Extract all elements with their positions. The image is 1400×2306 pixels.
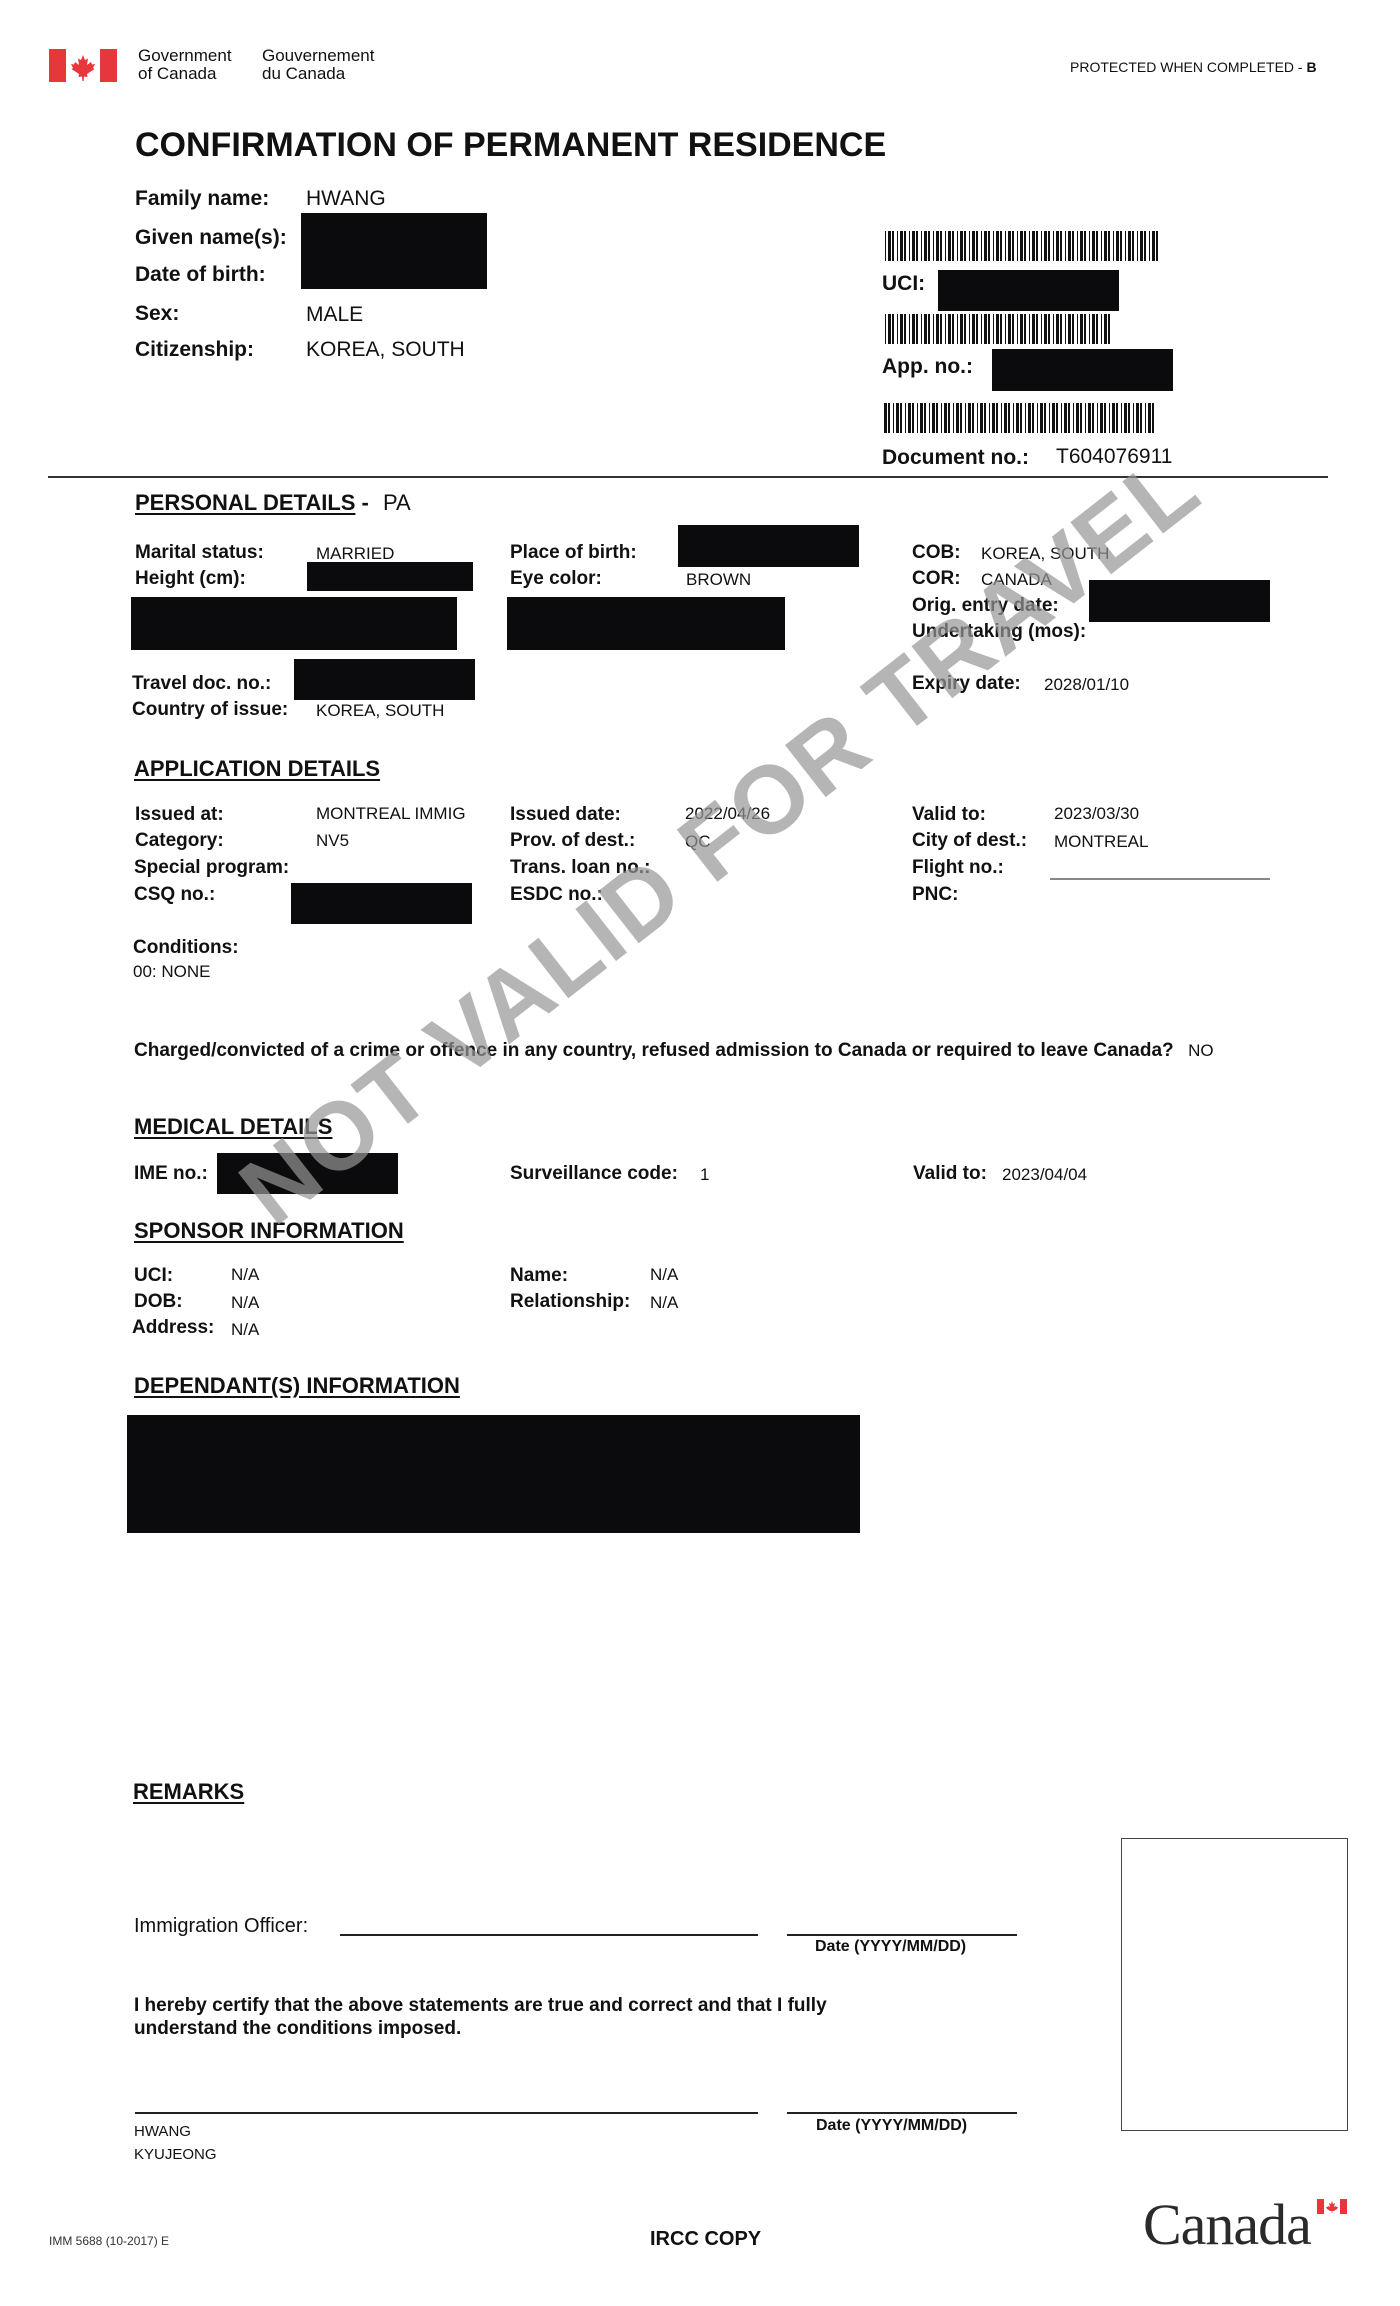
issued-at-value: MONTREAL IMMIG <box>316 804 466 824</box>
app-no-barcode <box>885 314 1115 344</box>
personal-details-heading: PERSONAL DETAILS - PA <box>135 490 411 516</box>
criminal-question-text: Charged/convicted of a crime or offence … <box>134 1040 1174 1061</box>
prov-dest-label: Prov. of dest.: <box>510 830 635 852</box>
redacted-personal-row-left <box>131 597 457 650</box>
csq-label: CSQ no.: <box>134 884 215 906</box>
signer-family-name: HWANG <box>134 2123 191 2140</box>
redacted-csq-no <box>291 883 472 924</box>
signer-given-name: KYUJEONG <box>134 2146 217 2163</box>
conditions-value: 00: NONE <box>133 962 210 982</box>
surveillance-code-value: 1 <box>700 1165 709 1185</box>
gov-fr-line2: du Canada <box>262 65 374 83</box>
category-value: NV5 <box>316 831 349 851</box>
app-no-label: App. no.: <box>882 355 973 379</box>
applicant-date-label: Date (YYYY/MM/DD) <box>816 2117 967 2135</box>
special-program-label: Special program: <box>134 857 289 879</box>
prov-dest-value: QC <box>685 832 711 852</box>
sponsor-address-value: N/A <box>231 1320 259 1340</box>
sponsor-dob-value: N/A <box>231 1293 259 1313</box>
app-valid-to-label: Valid to: <box>912 804 986 826</box>
officer-date-label: Date (YYYY/MM/DD) <box>815 1938 966 1956</box>
gov-en-line1: Government <box>138 47 232 65</box>
canada-wordmark-flag-icon <box>1317 2199 1347 2214</box>
travel-doc-label: Travel doc. no.: <box>132 673 271 695</box>
sponsor-relationship-value: N/A <box>650 1293 678 1313</box>
citizenship-label: Citizenship: <box>135 338 254 362</box>
form-id: IMM 5688 (10-2017) E <box>49 2234 169 2248</box>
country-of-issue-value: KOREA, SOUTH <box>316 701 444 721</box>
ircc-copy-label: IRCC COPY <box>650 2228 761 2251</box>
document-no-barcode <box>884 403 1158 433</box>
expiry-date-value: 2028/01/10 <box>1044 675 1129 695</box>
surveillance-code-label: Surveillance code: <box>510 1163 678 1185</box>
eye-color-label: Eye color: <box>510 568 602 590</box>
gov-en-line2: of Canada <box>138 65 232 83</box>
dob-label: Date of birth: <box>135 263 266 287</box>
sex-value: MALE <box>306 303 363 327</box>
ime-no-label: IME no.: <box>134 1163 208 1185</box>
officer-date-line[interactable] <box>787 1934 1017 1936</box>
esdc-label: ESDC no.: <box>510 884 603 906</box>
certification-text: I hereby certify that the above statemen… <box>134 1994 924 2040</box>
sponsor-address-label: Address: <box>132 1317 214 1339</box>
issued-date-value: 2022/04/26 <box>685 804 770 824</box>
remarks-title: REMARKS <box>133 1779 244 1805</box>
city-dest-value: MONTREAL <box>1054 832 1148 852</box>
city-dest-label: City of dest.: <box>912 830 1027 852</box>
criminal-question: Charged/convicted of a crime or offence … <box>134 1040 1214 1062</box>
canada-wordmark-text: Canada <box>1143 2195 1311 2255</box>
medical-valid-to-value: 2023/04/04 <box>1002 1165 1087 1185</box>
redacted-orig-entry-date <box>1089 580 1270 622</box>
sponsor-info-title: SPONSOR INFORMATION <box>134 1218 404 1244</box>
officer-signature-line[interactable] <box>340 1934 758 1936</box>
uci-barcode <box>885 231 1160 261</box>
issued-at-label: Issued at: <box>135 804 224 826</box>
sponsor-name-label: Name: <box>510 1265 568 1287</box>
dependants-info-title: DEPENDANT(S) INFORMATION <box>134 1373 460 1399</box>
document-no-label: Document no.: <box>882 446 1029 470</box>
redacted-dependants-info <box>127 1415 860 1533</box>
gov-en-wordmark: Government of Canada <box>138 47 232 83</box>
canada-wordmark: Canada <box>1143 2195 1353 2255</box>
redacted-app-no <box>992 349 1173 391</box>
document-no-value: T604076911 <box>1056 445 1172 469</box>
redacted-height <box>307 562 473 591</box>
medical-valid-to-label: Valid to: <box>913 1163 987 1185</box>
redacted-given-names <box>301 213 487 289</box>
pnc-label: PNC: <box>912 884 958 906</box>
protected-text: PROTECTED WHEN COMPLETED - <box>1070 59 1306 75</box>
eye-color-value: BROWN <box>686 570 751 590</box>
category-label: Category: <box>135 830 224 852</box>
applicant-signature-line[interactable] <box>135 2112 758 2114</box>
given-names-label: Given name(s): <box>135 226 287 250</box>
marital-status-value: MARRIED <box>316 544 394 564</box>
sponsor-name-value: N/A <box>650 1265 678 1285</box>
flight-no-field <box>1050 878 1270 880</box>
redacted-ime-no <box>217 1153 398 1194</box>
family-name-label: Family name: <box>135 187 269 211</box>
redacted-personal-row-middle <box>507 597 785 650</box>
immigration-officer-label: Immigration Officer: <box>134 1915 308 1938</box>
marital-status-label: Marital status: <box>135 542 264 564</box>
protected-level: B <box>1306 59 1316 75</box>
cor-value: CANADA <box>981 570 1052 590</box>
place-of-birth-label: Place of birth: <box>510 542 637 564</box>
criminal-answer: NO <box>1188 1041 1214 1060</box>
redacted-travel-doc <box>294 659 475 700</box>
cor-label: COR: <box>912 568 961 590</box>
issued-date-label: Issued date: <box>510 804 621 826</box>
protected-label: PROTECTED WHEN COMPLETED - B <box>1070 59 1317 75</box>
photo-box <box>1121 1838 1348 2131</box>
country-of-issue-label: Country of issue: <box>132 699 288 721</box>
app-valid-to-value: 2023/03/30 <box>1054 804 1139 824</box>
application-details-title: APPLICATION DETAILS <box>134 756 380 782</box>
sponsor-uci-value: N/A <box>231 1265 259 1285</box>
gov-fr-wordmark: Gouvernement du Canada <box>262 47 374 83</box>
citizenship-value: KOREA, SOUTH <box>306 338 465 362</box>
undertaking-label: Undertaking (mos): <box>912 621 1086 643</box>
applicant-date-line[interactable] <box>787 2112 1017 2114</box>
redacted-uci <box>938 270 1119 311</box>
sponsor-relationship-label: Relationship: <box>510 1291 630 1313</box>
uci-label: UCI: <box>882 272 925 296</box>
gov-fr-line1: Gouvernement <box>262 47 374 65</box>
cob-value: KOREA, SOUTH <box>981 544 1109 564</box>
personal-details-dash: - <box>355 490 375 515</box>
redacted-place-of-birth <box>678 525 859 567</box>
personal-details-title: PERSONAL DETAILS <box>135 490 355 515</box>
medical-details-title: MEDICAL DETAILS <box>134 1114 332 1140</box>
page-title: CONFIRMATION OF PERMANENT RESIDENCE <box>135 126 886 165</box>
sex-label: Sex: <box>135 302 179 326</box>
trans-loan-label: Trans. loan no.: <box>510 857 650 879</box>
expiry-date-label: Expiry date: <box>912 673 1021 695</box>
cob-label: COB: <box>912 542 961 564</box>
sponsor-uci-label: UCI: <box>134 1265 173 1287</box>
personal-details-suffix: PA <box>383 490 411 515</box>
canada-flag-icon <box>49 49 117 82</box>
header-divider <box>48 476 1328 478</box>
height-label: Height (cm): <box>135 568 246 590</box>
flight-no-label: Flight no.: <box>912 857 1004 879</box>
conditions-label: Conditions: <box>133 937 239 959</box>
family-name-value: HWANG <box>306 187 386 211</box>
sponsor-dob-label: DOB: <box>134 1291 183 1313</box>
orig-entry-label: Orig. entry date: <box>912 595 1059 617</box>
